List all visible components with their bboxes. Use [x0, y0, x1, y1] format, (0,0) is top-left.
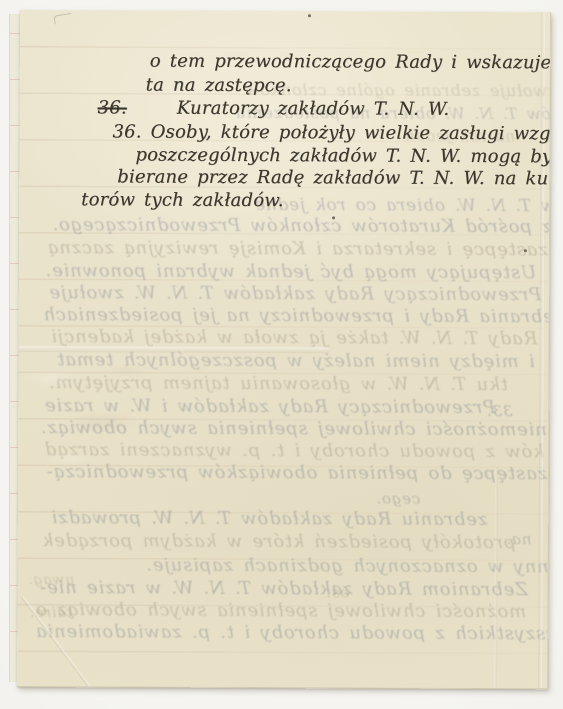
document-page: w razie potrzeby zwołuje zebranie ogólne…	[17, 10, 551, 689]
specks-layer	[17, 10, 550, 688]
manuscript-photo: w razie potrzeby zwołuje zebranie ogólne…	[0, 0, 563, 709]
ink-speck	[308, 14, 311, 17]
ink-speck	[332, 216, 335, 219]
ink-speck	[524, 249, 527, 252]
